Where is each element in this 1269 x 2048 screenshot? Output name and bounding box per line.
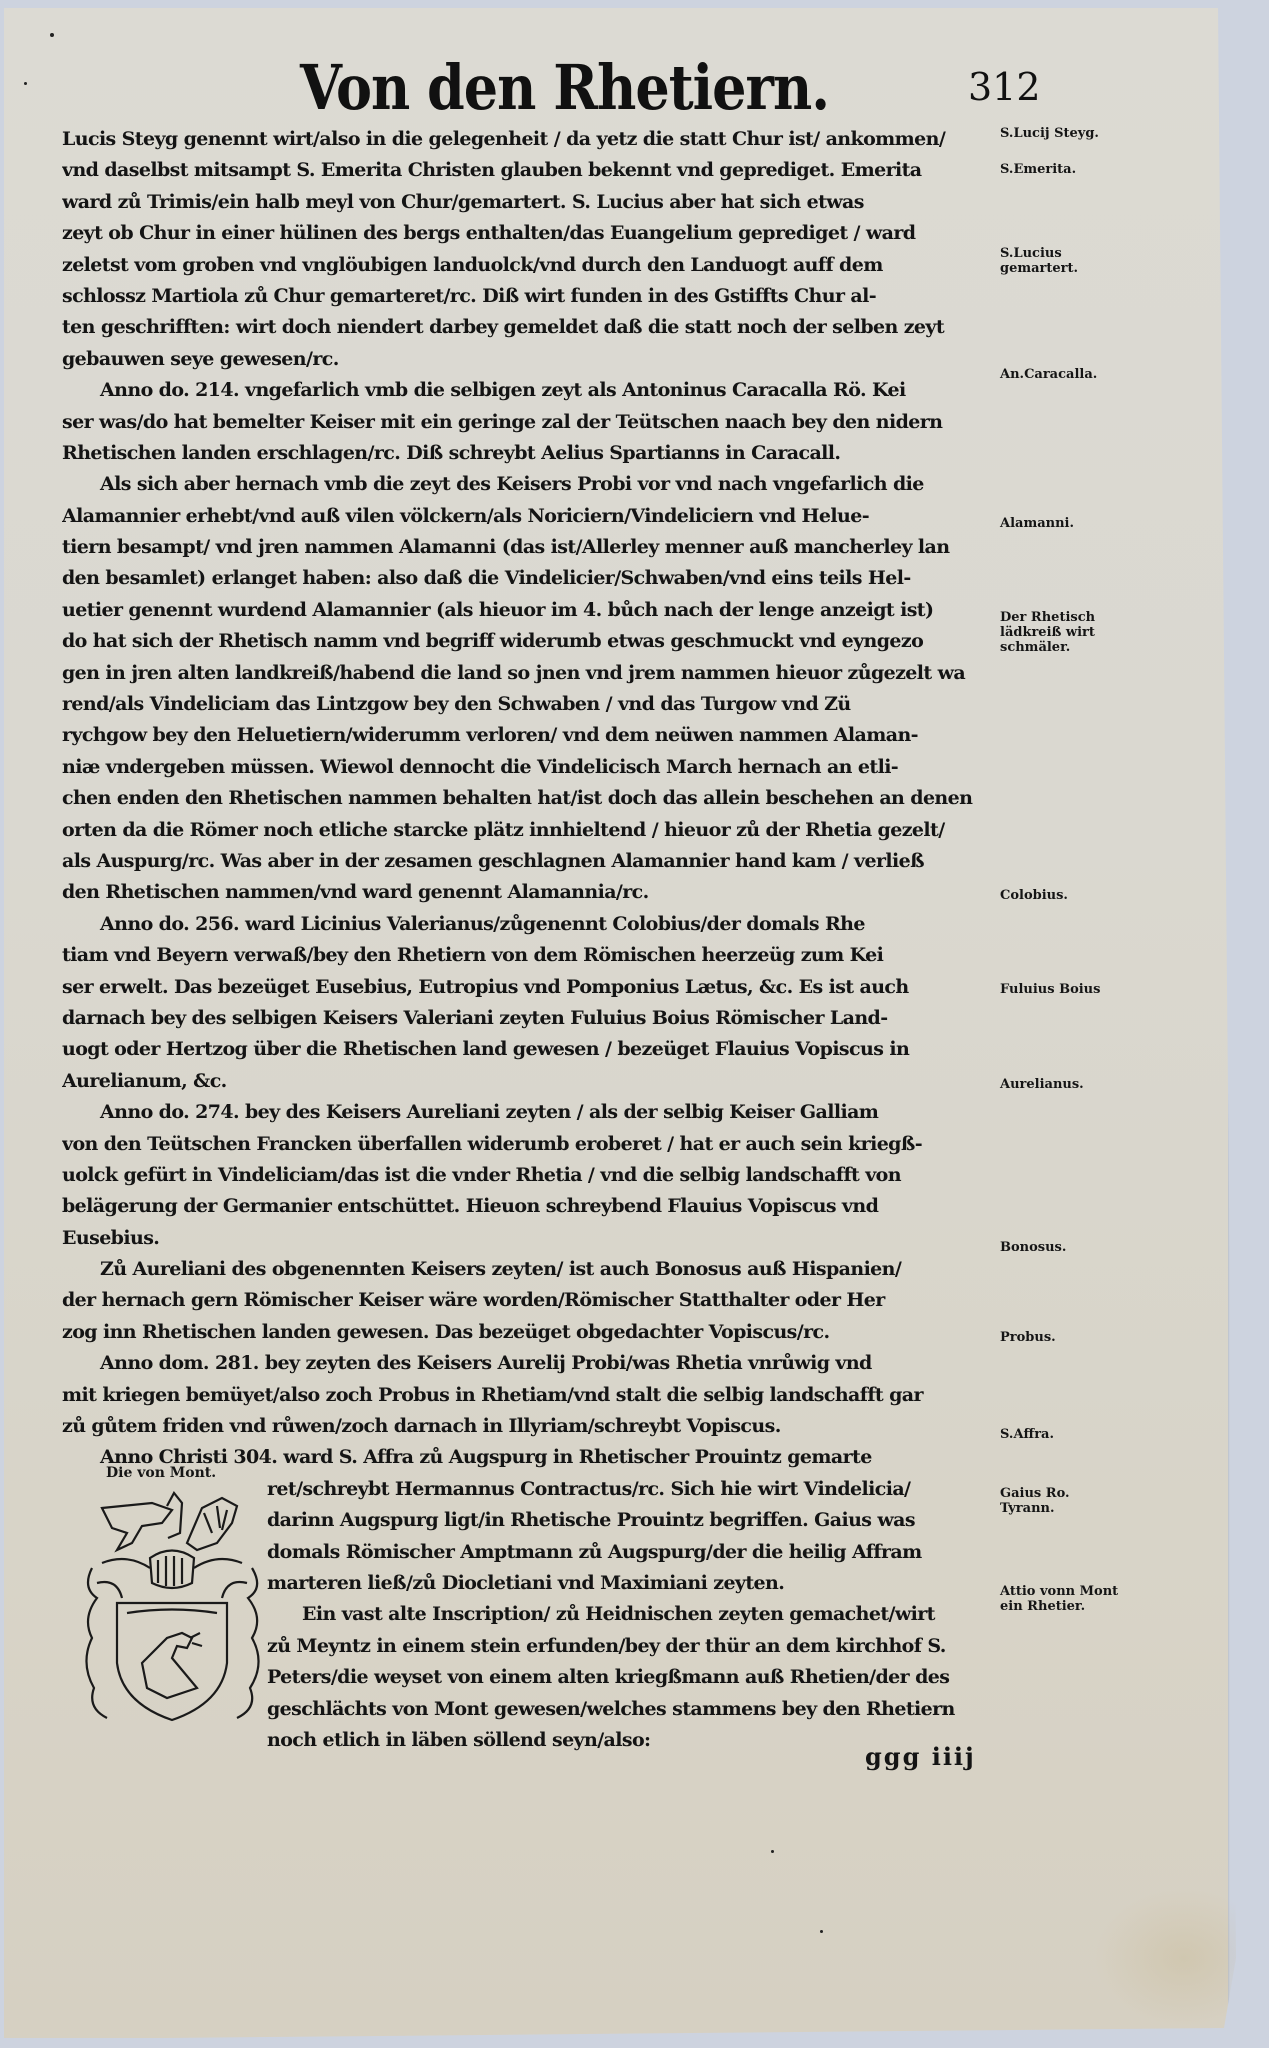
margin-note: An.Caracalla. <box>1000 367 1120 382</box>
text-line: rend/als Vindeliciam das Lintzgow bey de… <box>62 689 997 720</box>
text-line: Anno do. 214. vngefarlich vmb die selbig… <box>62 375 997 406</box>
margin-note: S.Lucij Steyg. <box>1000 126 1120 141</box>
text-line: Als sich aber hernach vmb die zeyt des K… <box>62 469 997 500</box>
text-line: als Auspurg/rc. Was aber in der zesamen … <box>62 846 997 877</box>
text-line: schlossz Martiola zů Chur gemarteret/rc.… <box>62 281 997 312</box>
text-line: vnd daselbst mitsampt S. Emerita Christe… <box>62 155 997 186</box>
text-line: gen in jren alten landkreiß/habend die l… <box>62 658 997 689</box>
ink-speck <box>24 82 27 85</box>
text-line: den besamlet) erlanget haben: also daß d… <box>62 563 997 594</box>
text-line: Anno do. 256. ward Licinius Valerianus/z… <box>62 909 997 940</box>
margin-note: Colobius. <box>1000 888 1120 903</box>
text-line: gebauwen seye gewesen/rc. <box>62 344 997 375</box>
page-number: 312 <box>968 65 1041 109</box>
text-line: chen enden den Rhetischen nammen behalte… <box>62 783 997 814</box>
text-line: tiam vnd Beyern verwaß/bey den Rhetiern … <box>62 940 997 971</box>
text-line: darnach bey des selbigen Keisers Valeria… <box>62 1003 997 1034</box>
text-line: ser erwelt. Das bezeüget Eusebius, Eutro… <box>62 972 997 1003</box>
margin-note: Probus. <box>1000 1330 1120 1345</box>
page-title: Von den Rhetiern. <box>300 50 829 124</box>
text-line: do hat sich der Rhetisch namm vnd begrif… <box>62 626 997 657</box>
ink-speck <box>50 33 54 37</box>
text-line: Anno do. 274. bey des Keisers Aureliani … <box>62 1097 997 1128</box>
margin-note: S.Affra. <box>1000 1427 1120 1442</box>
text-line: Anno dom. 281. bey zeyten des Keisers Au… <box>62 1348 997 1379</box>
coat-of-arms-label: Die von Mont. <box>106 1465 216 1481</box>
ink-speck <box>771 1850 774 1853</box>
text-line: uolck gefürt in Vindeliciam/das ist die … <box>62 1160 997 1191</box>
text-line: uetier genennt wurdend Alamannier (als h… <box>62 595 997 626</box>
text-line: Aurelianum, &c. <box>62 1066 997 1097</box>
text-line: ward zů Trimis/ein halb meyl von Chur/ge… <box>62 187 997 218</box>
text-line: rychgow bey den Heluetiern/widerumm verl… <box>62 720 997 751</box>
text-line: Alamannier erhebt/vnd auß vilen völckern… <box>62 501 997 532</box>
text-line: ten geschrifften: wirt doch niendert dar… <box>62 312 997 343</box>
margin-note: Der Rhetisch lädkreiß wirt schmäler. <box>1000 610 1120 655</box>
text-line: ser was/do hat bemelter Keiser mit ein g… <box>62 407 997 438</box>
margin-note: Attio vonn Mont ein Rhetier. <box>1000 1584 1120 1614</box>
ink-speck <box>820 1930 823 1933</box>
text-line: von den Teütschen Francken überfallen wi… <box>62 1129 997 1160</box>
paper-stain <box>1094 1888 1269 2028</box>
text-line: orten da die Römer noch etliche starcke … <box>62 815 997 846</box>
text-line: der hernach gern Römischer Keiser wäre w… <box>62 1285 997 1316</box>
coat-of-arms-icon <box>72 1488 272 1728</box>
text-line: belägerung der Germanier entschüttet. Hi… <box>62 1191 997 1222</box>
text-line: mit kriegen bemüyet/also zoch Probus in … <box>62 1380 997 1411</box>
text-line: den Rhetischen nammen/vnd ward genennt A… <box>62 877 997 908</box>
text-line: zeyt ob Chur in einer hülinen des bergs … <box>62 218 997 249</box>
text-line: zog inn Rhetischen landen gewesen. Das b… <box>62 1317 997 1348</box>
text-line: uogt oder Hertzog über die Rhetischen la… <box>62 1034 997 1065</box>
text-line: Lucis Steyg genennt wirt/also in die gel… <box>62 124 997 155</box>
text-line: noch etlich in läben söllend seyn/also: <box>62 1725 997 1756</box>
signature-mark: ggg iiij <box>865 1742 976 1771</box>
margin-note: Bonosus. <box>1000 1240 1120 1255</box>
text-line: tiern besampt/ vnd jren nammen Alamanni … <box>62 532 997 563</box>
text-line: Eusebius. <box>62 1223 997 1254</box>
text-line: Zů Aureliani des obgenennten Keisers zey… <box>62 1254 997 1285</box>
text-line: niæ vndergeben müssen. Wiewol dennocht d… <box>62 752 997 783</box>
margin-note: Aurelianus. <box>1000 1077 1120 1092</box>
margin-note: S.Emerita. <box>1000 162 1120 177</box>
margin-note: Fuluius Boius <box>1000 982 1120 997</box>
text-line: Rhetischen landen erschlagen/rc. Diß sch… <box>62 438 997 469</box>
margin-note: Alamanni. <box>1000 516 1120 531</box>
margin-note: S.Lucius gemartert. <box>1000 246 1120 276</box>
margin-note: Gaius Ro. Tyrann. <box>1000 1486 1120 1516</box>
text-line: zeletst vom groben vnd vnglöubigen landu… <box>62 250 997 281</box>
text-line: zů gůtem friden vnd růwen/zoch darnach i… <box>62 1411 997 1442</box>
